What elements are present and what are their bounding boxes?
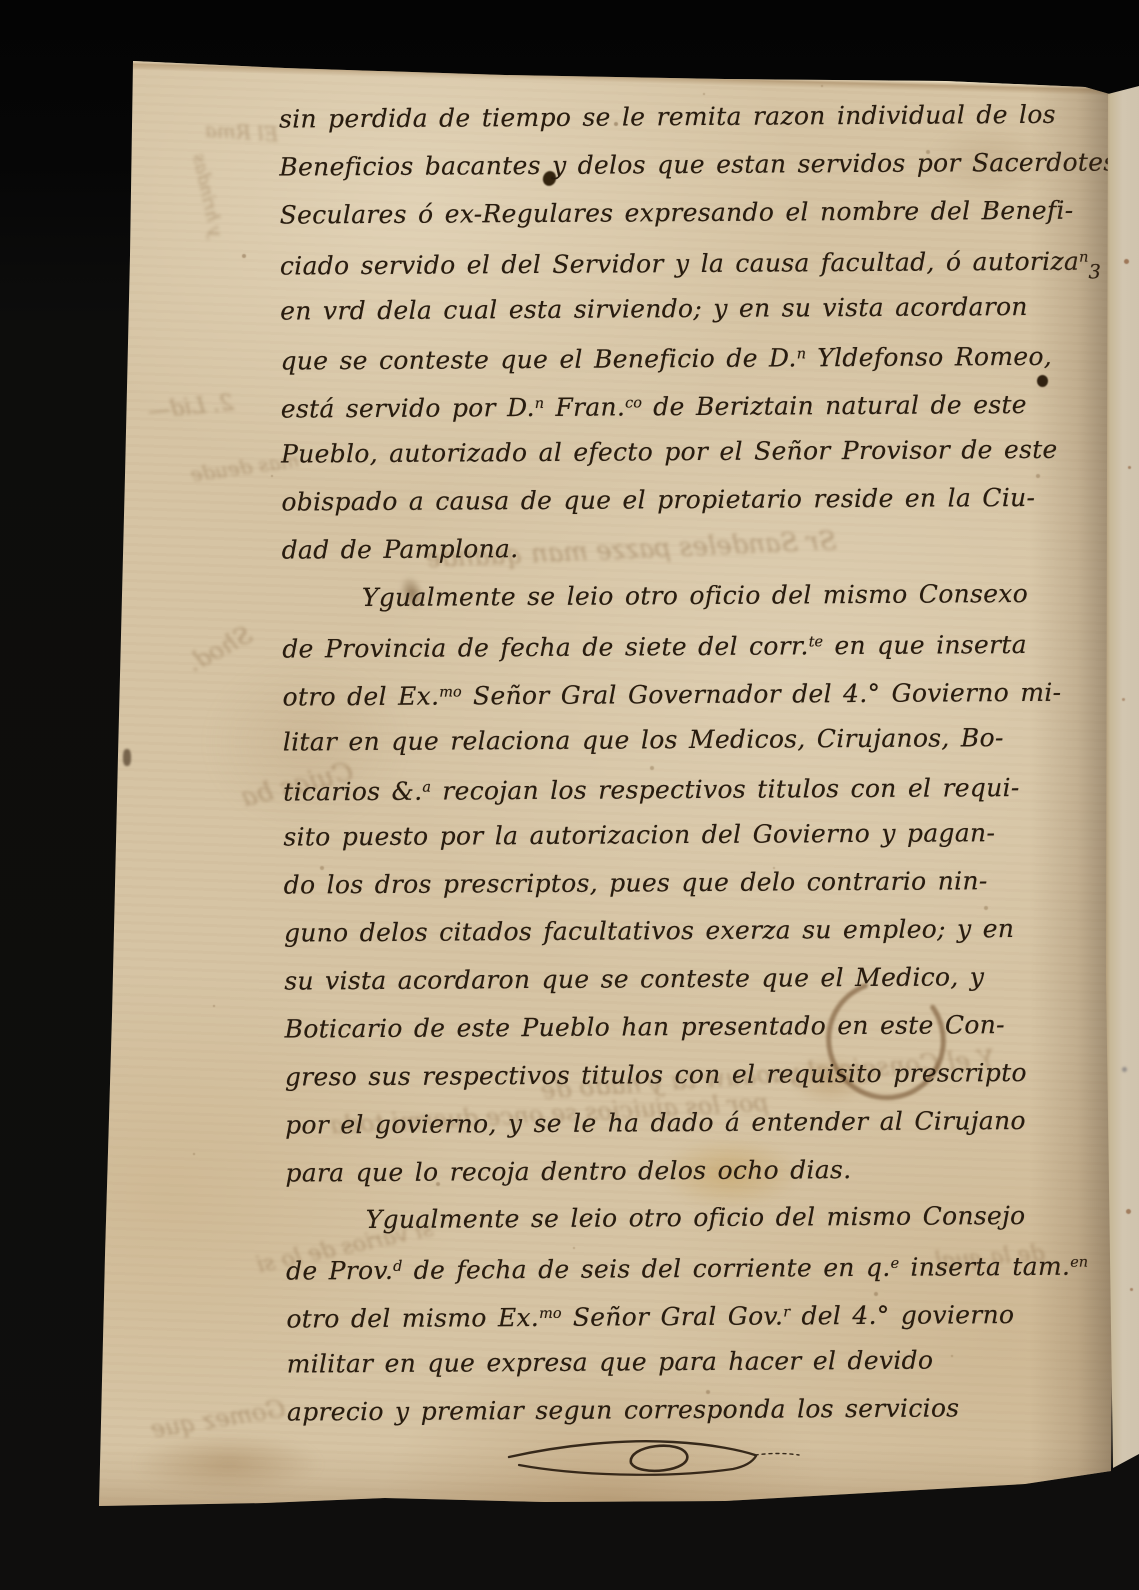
manuscript-line: Seculares ó ex-Regulares expresando el n…: [279, 186, 1109, 239]
manuscript-line: otro del Ex.mo Señor Gral Governador del…: [282, 665, 1112, 718]
manuscript-line: Beneficios bacantes y delos que estan se…: [279, 138, 1109, 191]
manuscript-line: su vista acordaron que se conteste que e…: [284, 952, 1114, 1005]
manuscript-line: dad de Pamplona.: [282, 521, 1112, 574]
paper-specks: [85, 55, 87, 57]
bleedthrough-text: y hrindas: [188, 152, 226, 239]
manuscript-line: sito puesto por la autorizacion del Govi…: [283, 809, 1113, 862]
manuscript-line: Boticario de este Pueblo han presentado …: [284, 1000, 1114, 1053]
manuscript-line: ciado servido el del Servidor y la causa…: [280, 234, 1110, 287]
manuscript-line: en vrd dela cual esta sirviendo; y en su…: [280, 282, 1110, 335]
manuscript-line: de Prov.d de fecha de seis del corriente…: [286, 1240, 1116, 1293]
bleedthrough-text: El Rma: [204, 117, 279, 146]
closing-rubric-flourish: [503, 1433, 803, 1485]
bleedthrough-text: Shod.: [182, 620, 256, 677]
manuscript-line: de Provincia de fecha de siete del corr.…: [282, 617, 1112, 670]
manuscript-line: Ygualmente se leio otro oficio del mismo…: [286, 1192, 1116, 1245]
manuscript-line: Ygualmente se leio otro oficio del mismo…: [282, 569, 1112, 622]
photo-stage: y hrindasEl Rma2. Lid—mas deudeShod.Sr S…: [0, 0, 1139, 1590]
manuscript-line: ticarios &.a recojan los respectivos tit…: [283, 761, 1113, 814]
manuscript-line: sin perdida de tiempo se le remita razon…: [279, 90, 1109, 143]
manuscript-page: y hrindasEl Rma2. Lid—mas deudeShod.Sr S…: [85, 55, 1125, 1517]
manuscript-line: por el govierno, y se le ha dado á enten…: [285, 1096, 1115, 1149]
manuscript-line: para que lo recoja dentro delos ocho dia…: [285, 1144, 1115, 1197]
manuscript-line: litar en que relaciona que los Medicos, …: [283, 713, 1113, 766]
manuscript-line: que se conteste que el Beneficio de D.n …: [280, 330, 1110, 383]
book-page-edges-stack: [85, 55, 171, 1517]
manuscript-line: está servido por D.n Fran.co de Beriztai…: [281, 378, 1111, 431]
text-block: sin perdida de tiempo se le remita razon…: [279, 90, 1117, 1436]
manuscript-line: obispado a causa de que el propietario r…: [281, 474, 1111, 527]
adjacent-page-specks: [1103, 78, 1106, 81]
manuscript-line: Pueblo, autorizado al efecto por el Seño…: [281, 426, 1111, 479]
manuscript-line: aprecio y premiar segun corresponda los …: [287, 1384, 1117, 1437]
manuscript-line: militar en que expresa que para hacer el…: [287, 1336, 1117, 1389]
manuscript-line: guno delos citados facultativos exerza s…: [284, 905, 1114, 958]
manuscript-line: do los dros prescriptos, pues que delo c…: [284, 857, 1114, 910]
manuscript-line: otro del mismo Ex.mo Señor Gral Gov.r de…: [286, 1288, 1116, 1341]
page-top-edge: [127, 57, 1117, 96]
manuscript-line: greso sus respectivos titulos con el req…: [285, 1048, 1115, 1101]
